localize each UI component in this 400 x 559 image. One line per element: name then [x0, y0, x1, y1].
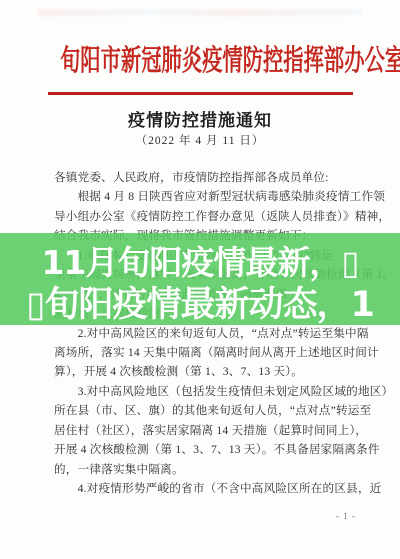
page-number: - 1 -	[336, 511, 356, 521]
doc-line: 所在县（市、区、旗）的其他来旬返旬人员，“点对点”转运至	[54, 401, 366, 420]
doc-line: 3.对中高风险地区（包括发生疫情但未划定风险区域的地区）	[54, 382, 366, 401]
document-photo: 旬阳市新冠肺炎疫情防控指挥部办公室 疫情防控措施通知 （2022 年 4 月 1…	[0, 0, 400, 559]
doc-line: 导小组办公室《疫情防控工作督办意见（返陕人员排查）》精神，	[54, 207, 366, 226]
issuer-header: 旬阳市新冠肺炎疫情防控指挥部办公室	[60, 42, 340, 80]
doc-line: 各镇党委、人民政府，市疫情防控指挥部各成员单位:	[54, 168, 366, 187]
doc-line: 离场所，落实 14 天集中隔离（隔离时间从离开上述地区时间计	[54, 343, 366, 362]
notice-body: 各镇党委、人民政府，市疫情防控指挥部各成员单位: 根据 4 月 8 日陕西省应对…	[54, 168, 366, 498]
notice-title: 疫情防控措施通知	[0, 106, 400, 131]
doc-line: 根据 4 月 8 日陕西省应对新型冠状病毒感染肺炎疫情工作领	[54, 187, 366, 206]
notice-date: （2022 年 4 月 11 日）	[0, 132, 400, 148]
headline-text-line2: ▯旬阳疫情最新动态，1	[0, 285, 400, 326]
doc-line: 居住村（社区），落实居家隔离 14 天措施（起算时间同上），	[54, 421, 366, 440]
header-rule	[48, 92, 353, 95]
scan-artifact	[38, 9, 362, 16]
doc-line: 2.对中高风险区的来旬返旬人员，“点对点”转运至集中隔	[54, 324, 366, 343]
doc-line: 的，一律落实集中隔离。	[54, 460, 366, 479]
doc-line: 算），开展 4 次核酸检测（第 1、3、7、13 天）。	[54, 362, 366, 381]
doc-line: 4.对疫情形势严峻的省市（不含中高风险区所在的区县，近	[54, 479, 366, 498]
doc-line: 开展 4 次核酸检测（第 1、3、7、13 天）。不具备居家隔离条件	[54, 440, 366, 459]
headline-text-line1: 11月旬阳疫情最新，▯	[0, 244, 400, 282]
